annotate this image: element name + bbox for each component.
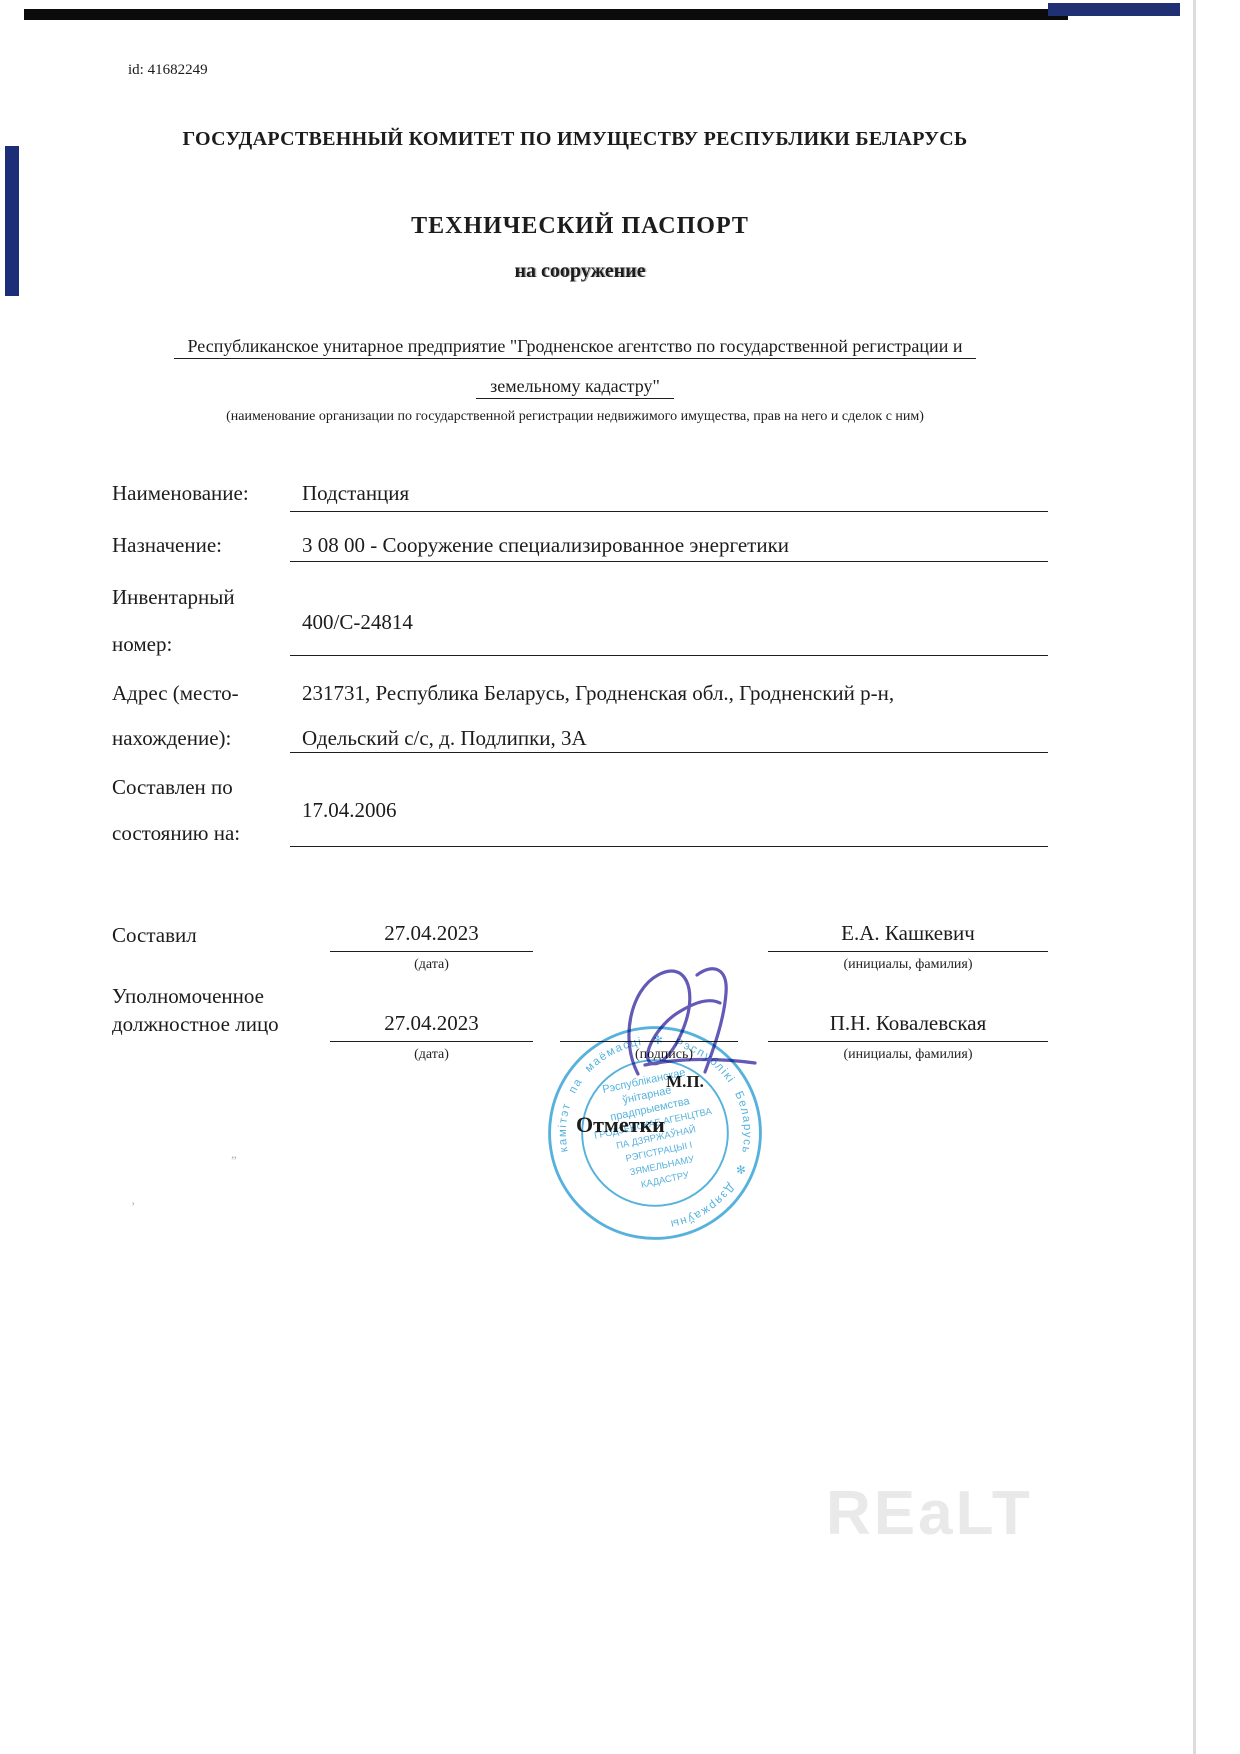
field-name-label: Наименование: bbox=[112, 481, 249, 506]
composed-by-label: Составил bbox=[112, 923, 197, 948]
field-purpose-rule bbox=[290, 561, 1048, 562]
field-address-label-line2: нахождение): bbox=[112, 726, 231, 751]
field-asof-label-line2: состоянию на: bbox=[112, 821, 240, 846]
field-inventory-label-line1: Инвентарный bbox=[112, 585, 235, 610]
field-name-rule bbox=[290, 511, 1048, 512]
scan-speck: ‚ bbox=[131, 1192, 135, 1208]
watermark-logo: REaLT bbox=[826, 1478, 1033, 1549]
composed-date-rule bbox=[330, 951, 533, 952]
handwritten-signature bbox=[600, 962, 805, 1080]
field-asof-value: 17.04.2006 bbox=[302, 798, 397, 823]
composed-name-caption: (инициалы, фамилия) bbox=[768, 957, 1048, 973]
scan-top-bar bbox=[24, 9, 1068, 20]
document-subtitle: на сооружение bbox=[0, 260, 1160, 283]
authorized-date: 27.04.2023 bbox=[330, 1011, 533, 1036]
field-inventory-rule bbox=[290, 655, 1048, 656]
authorized-name-rule bbox=[768, 1041, 1048, 1042]
field-inventory-value: 400/С-24814 bbox=[302, 610, 413, 635]
composed-date-caption: (дата) bbox=[330, 957, 533, 973]
authorized-date-rule bbox=[330, 1041, 533, 1042]
authorized-date-caption: (дата) bbox=[330, 1047, 533, 1063]
field-inventory-label-line2: номер: bbox=[112, 632, 172, 657]
composed-date: 27.04.2023 bbox=[330, 921, 533, 946]
authorized-name: П.Н. Ковалевская bbox=[768, 1011, 1048, 1036]
field-address-rule bbox=[290, 752, 1048, 753]
field-purpose-label: Назначение: bbox=[112, 533, 222, 558]
composed-name-rule bbox=[768, 951, 1048, 952]
scan-speck: „ bbox=[231, 1146, 237, 1162]
organization-name-line1: Республиканское унитарное предприятие "Г… bbox=[55, 336, 1095, 357]
authorized-label-line2: должностное лицо bbox=[112, 1012, 279, 1037]
scan-top-right-bar bbox=[1048, 3, 1180, 16]
field-purpose-value: 3 08 00 - Сооружение специализированное … bbox=[302, 533, 789, 558]
field-name-value: Подстанция bbox=[302, 481, 409, 506]
scanned-document-page: „ ‚ id: 41682249 ГОСУДАРСТВЕННЫЙ КОМИТЕТ… bbox=[0, 0, 1240, 1754]
document-id-note: id: 41682249 bbox=[128, 62, 208, 79]
document-title: ТЕХНИЧЕСКИЙ ПАСПОРТ bbox=[0, 213, 1160, 240]
organization-name-line1-text: Республиканское унитарное предприятие "Г… bbox=[174, 336, 977, 359]
scan-right-edge bbox=[1193, 0, 1196, 1754]
organization-name-line2-text: земельному кадастру" bbox=[476, 376, 674, 399]
field-asof-rule bbox=[290, 846, 1048, 847]
organization-name-line2: земельному кадастру" bbox=[55, 376, 1095, 397]
field-asof-label-line1: Составлен по bbox=[112, 775, 233, 800]
field-address-label-line1: Адрес (место- bbox=[112, 681, 239, 706]
authorized-name-caption: (инициалы, фамилия) bbox=[768, 1047, 1048, 1063]
authorized-label-line1: Уполномоченное bbox=[112, 984, 264, 1009]
committee-heading: ГОСУДАРСТВЕННЫЙ КОМИТЕТ ПО ИМУЩЕСТВУ РЕС… bbox=[0, 128, 1150, 151]
field-address-value-line2: Одельский с/с, д. Подлипки, 3А bbox=[302, 726, 587, 751]
field-address-value-line1: 231731, Республика Беларусь, Гродненская… bbox=[302, 681, 894, 706]
organization-caption: (наименование организации по государстве… bbox=[55, 409, 1095, 425]
composed-name: Е.А. Кашкевич bbox=[768, 921, 1048, 946]
